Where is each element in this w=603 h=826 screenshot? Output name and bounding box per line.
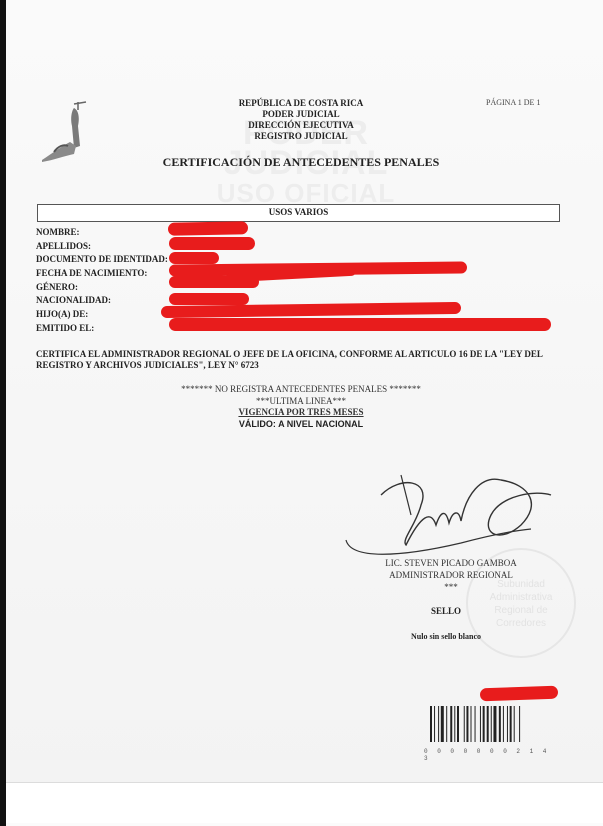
redaction-apellidos: [169, 237, 255, 250]
certification-statement: CERTIFICA EL ADMINISTRADOR REGIONAL O JE…: [36, 349, 586, 371]
field-label-nombre: NOMBRE:: [36, 226, 168, 240]
header-line-country: REPÚBLICA DE COSTA RICA: [221, 98, 381, 109]
signer-name: LIC. STEVEN PICADO GAMBOA: [356, 557, 546, 569]
result-block: ******* NO REGISTRA ANTECEDENTES PENALES…: [156, 384, 446, 430]
seal-label: SELLO: [431, 606, 461, 616]
section-box: USOS VARIOS: [37, 204, 560, 222]
redaction-serial: [480, 686, 558, 702]
issuer-header: REPÚBLICA DE COSTA RICA PODER JUDICIAL D…: [221, 98, 381, 142]
field-label-nacionalidad: NACIONALIDAD:: [36, 294, 168, 308]
stamp-line-4: Corredores: [468, 617, 574, 630]
page-bottom-edge: [6, 782, 603, 823]
field-label-hijo-de: HIJO(A) DE:: [36, 308, 168, 322]
redaction-nacionalidad: [169, 293, 249, 305]
header-line-registry: REGISTRO JUDICIAL: [221, 131, 381, 142]
redaction-nombre: [168, 221, 248, 235]
field-label-apellidos: APELLIDOS:: [36, 240, 168, 254]
redaction-documento: [169, 252, 219, 264]
redaction-emitido-el: [169, 318, 551, 331]
personal-data-fields: NOMBRE: APELLIDOS: DOCUMENTO DE IDENTIDA…: [36, 226, 168, 336]
signer-separator: ***: [356, 581, 546, 593]
seal-note: Nulo sin sello blanco: [411, 632, 481, 641]
result-status: ******* NO REGISTRA ANTECEDENTES PENALES…: [156, 384, 446, 396]
document-title: CERTIFICACIÓN DE ANTECEDENTES PENALES: [156, 155, 446, 170]
header-line-branch: PODER JUDICIAL: [221, 109, 381, 120]
signer-role: ADMINISTRADOR REGIONAL: [356, 569, 546, 581]
page-indicator: PÁGINA 1 DE 1: [486, 98, 540, 107]
barcode: [428, 706, 554, 746]
header-line-direction: DIRECCIÓN EJECUTIVA: [221, 120, 381, 131]
last-line-marker: ***ULTIMA LINEA***: [156, 396, 446, 408]
field-label-emitido-el: EMITIDO EL:: [36, 322, 168, 336]
stamp-line-3: Regional de: [468, 604, 574, 617]
document-page: PODER JUDICIAL USO OFICIAL REPÚBLICA DE …: [6, 0, 603, 826]
field-label-genero: GÉNERO:: [36, 281, 168, 295]
justice-statue-icon: [34, 96, 94, 166]
validity-period: VIGENCIA POR TRES MESES: [156, 407, 446, 419]
field-label-documento: DOCUMENTO DE IDENTIDAD:: [36, 253, 168, 267]
barcode-digits: 0 0 0 0 0 0 0 2 1 4 3: [424, 748, 560, 762]
validity-scope: VÁLIDO: A NIVEL NACIONAL: [156, 419, 446, 431]
signer-block: LIC. STEVEN PICADO GAMBOA ADMINISTRADOR …: [356, 557, 546, 593]
field-label-fecha-nacimiento: FECHA DE NACIMIENTO:: [36, 267, 168, 281]
